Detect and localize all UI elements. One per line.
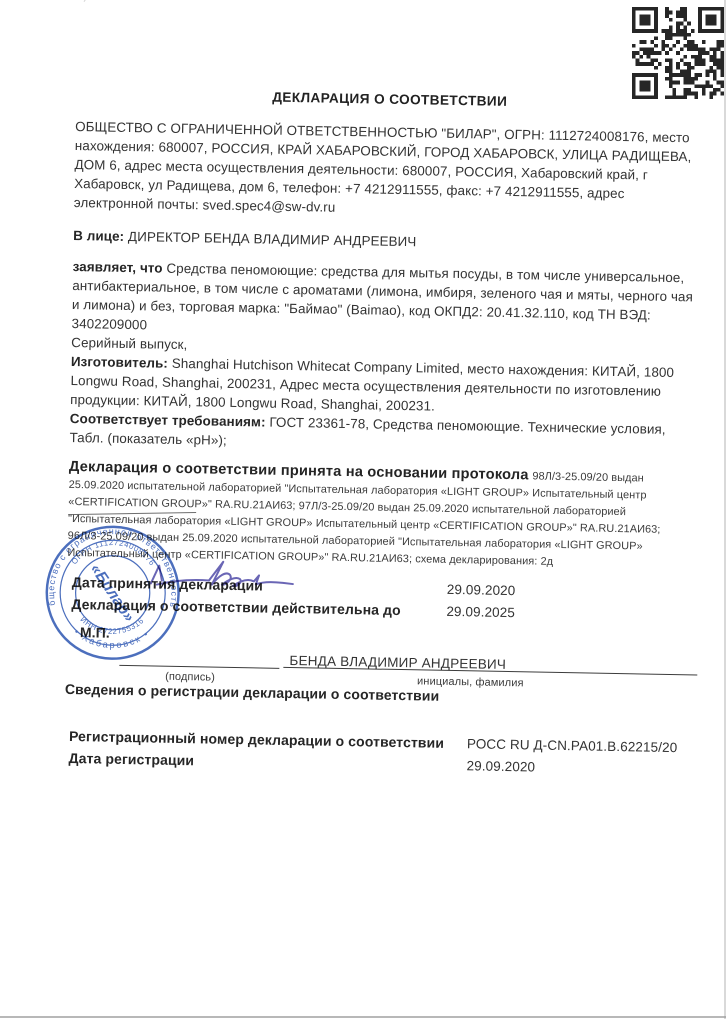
adoption-date-value: 29.09.2020 — [447, 580, 516, 600]
person-line: В лице: ДИРЕКТОР БЕНДА ВЛАДИМИР АНДРЕЕВИ… — [73, 226, 701, 257]
qr-code-graphic — [632, 7, 724, 99]
page-title: ДЕКЛАРАЦИЯ О СООТВЕТСТВИИ — [76, 84, 704, 115]
declares-value: Средства пеномоющие: средства для мытья … — [71, 261, 693, 333]
signature-graphic — [147, 553, 298, 602]
registration-rows: Регистрационный номер декларации о соотв… — [63, 727, 692, 780]
signatory-caption: инициалы, фамилия — [417, 672, 524, 693]
declares-label: заявляет, что — [73, 259, 163, 276]
scanned-declaration-page: { "doc": { "title": "ДЕКЛАРАЦИЯ О СООТВЕ… — [0, 0, 726, 1019]
signature-caption: (подпись) — [165, 668, 215, 688]
stamp-center-text: «Билар» — [87, 561, 138, 625]
conforms-label: Соответствует требованиям: — [70, 411, 266, 430]
applicant-paragraph: ОБЩЕСТВО С ОГРАНИЧЕННОЙ ОТВЕТСТВЕННОСТЬЮ… — [74, 117, 704, 223]
reg-date-value: 29.09.2020 — [466, 756, 535, 776]
person-value: ДИРЕКТОР БЕНДА ВЛАДИМИР АНДРЕЕВИЧ — [128, 229, 417, 249]
person-label: В лице: — [73, 228, 124, 244]
manufacturer-label: Изготовитель: — [71, 354, 168, 371]
declares-paragraph: заявляет, что Средства пеномоющие: средс… — [71, 257, 700, 344]
scan-edge-bottom — [0, 1016, 726, 1018]
stamp-inn-text: ИНН 2722755316 — [78, 615, 146, 637]
valid-until-value: 29.09.2025 — [446, 602, 515, 622]
signature-scribble — [147, 553, 298, 602]
declaration-document: ДЕКЛАРАЦИЯ О СООТВЕТСТВИИ ОБЩЕСТВО С ОГР… — [63, 84, 703, 779]
scan-corner-mark — [84, 0, 96, 8]
reg-number-value: РОСС RU Д-CN.РА01.В.62215/20 — [467, 734, 678, 757]
svg-text:ИНН 2722755316: ИНН 2722755316 — [78, 615, 146, 637]
reg-date-label: Дата регистрации — [68, 749, 466, 775]
qr-code — [632, 7, 724, 99]
